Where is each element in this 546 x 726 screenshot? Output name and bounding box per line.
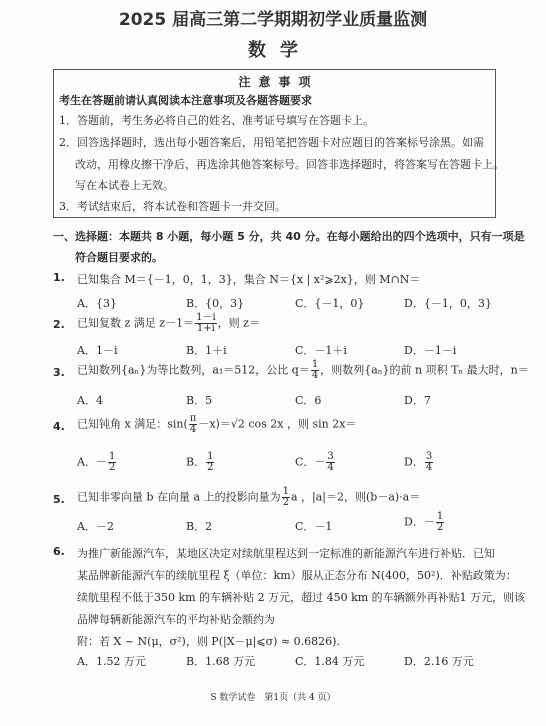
q3-stem: 已知数列{aₙ}为等比数列，a₁＝512，公比 q＝14，则数列{aₙ}的前 n… xyxy=(77,360,529,381)
q1-number: 1. xyxy=(53,271,65,284)
q6-line-4: 品牌每辆新能源汽车的平均补贴金额约为 xyxy=(77,611,275,627)
q4-stem-post: －x)＝√2 cos 2x ，则 sin 2x＝ xyxy=(198,418,356,431)
notice-item-2: 2．回答选择题时，选出每小题答案后，用铅笔把答题卡对应题目的答案标号涂黑。如需 xyxy=(59,134,484,150)
q6-option-d: D．2.16 万元 xyxy=(404,653,474,669)
q4-a-label: A．－ xyxy=(77,456,107,469)
notice-item-3: 3．考试结束后，将本试卷和答题卡一并交回。 xyxy=(59,198,286,214)
q3-stem-pre: 已知数列{aₙ}为等比数列，a₁＝512，公比 q＝ xyxy=(77,364,310,377)
q3-option-d: D．7 xyxy=(404,392,431,408)
q1-option-b: B．{0，3} xyxy=(186,295,244,311)
q4-b-label: B． xyxy=(186,456,205,469)
q4-frac-den: 4 xyxy=(189,425,198,435)
q5-fraction: 12 xyxy=(282,487,290,508)
q4-d-den: 4 xyxy=(425,463,433,473)
q4-option-d: D．34 xyxy=(404,452,434,473)
q5-stem-post: a ，|a|＝2，则(b－a)·a＝ xyxy=(291,491,420,504)
q4-d-label: D． xyxy=(404,456,424,469)
notice-item-2-cont: 改动，用橡皮擦干净后，再选涂其他答案标号。回答非选择题时，将答案写在答题卡上。 xyxy=(75,156,504,172)
section-heading: 一、选择题：本题共 8 小题，每小题 5 分，共 40 分。在每小题给出的四个选… xyxy=(53,228,525,244)
q3-option-a: A．4 xyxy=(77,392,103,408)
q5-option-b: B．2 xyxy=(186,518,212,534)
q2-fraction: 1－i1+i xyxy=(195,313,217,334)
page-footer: S 数学试卷 第1页（共 4 页） xyxy=(0,690,546,703)
q2-option-d: D．－1－i xyxy=(404,342,456,358)
notice-item-2-cont2: 写在本试卷上无效。 xyxy=(75,177,174,193)
q1-option-d: D．{－1，0，3} xyxy=(404,295,492,311)
q1-option-c: C．{－1，0} xyxy=(295,295,364,311)
q4-option-b: B．12 xyxy=(186,452,215,473)
q1-option-a: A．{3} xyxy=(77,295,117,311)
q6-appendix: 附：若 X ~ N(μ，σ²)，则 P(|X－μ|⩽σ) ≈ 0.6826). xyxy=(77,633,340,649)
q6-option-b: B．1.68 万元 xyxy=(186,653,255,669)
notice-item-1: 1．答题前，考生务必将自己的姓名、准考证号填写在答题卡上。 xyxy=(59,112,374,128)
q1-stem: 已知集合 M＝{－1，0，1，3}，集合 N＝{x | x²⩾2x}，则 M∩N… xyxy=(77,271,420,287)
q2-option-a: A．1－i xyxy=(77,342,117,358)
q4-stem: 已知钝角 x 满足：sin(π4－x)＝√2 cos 2x ，则 sin 2x＝ xyxy=(77,414,356,435)
q6-option-c: C．1.84 万元 xyxy=(295,653,364,669)
q5-d-frac: 12 xyxy=(436,512,444,533)
q5-number: 5. xyxy=(53,493,65,506)
notice-intro: 考生在答题前请认真阅读本注意事项及各题答题要求 xyxy=(59,92,312,108)
q5-stem-pre: 已知非零向量 b 在向量 a 上的投影向量为 xyxy=(77,491,281,504)
q5-option-a: A．－2 xyxy=(77,518,114,534)
q4-b-frac: 12 xyxy=(206,452,214,473)
q4-stem-pre: 已知钝角 x 满足：sin( xyxy=(77,418,188,431)
q4-fraction: π4 xyxy=(189,414,198,435)
q5-option-d: D．－12 xyxy=(404,512,445,533)
q2-number: 2. xyxy=(53,318,65,331)
q4-number: 4. xyxy=(53,420,65,433)
q3-stem-post: ，则数列{aₙ}的前 n 项积 Tₙ 最大时，n＝ xyxy=(320,364,529,377)
q5-d-label: D．－ xyxy=(404,516,435,529)
q2-stem-pre: 已知复数 z 满足 z－1＝ xyxy=(77,317,194,330)
subject-title: 数学 xyxy=(0,36,546,62)
q4-b-den: 2 xyxy=(206,463,214,473)
q4-d-frac: 34 xyxy=(425,452,433,473)
q2-option-b: B．1＋i xyxy=(186,342,227,358)
q5-d-den: 2 xyxy=(436,523,444,533)
q4-c-frac: 34 xyxy=(326,452,334,473)
q5-stem: 已知非零向量 b 在向量 a 上的投影向量为12a ，|a|＝2，则(b－a)·… xyxy=(77,487,420,508)
q3-option-c: C．6 xyxy=(295,392,321,408)
q6-line-1: 为推广新能源汽车，某地区决定对续航里程达到一定标准的新能源汽车进行补贴．已知 xyxy=(77,545,495,561)
q2-frac-den: 1+i xyxy=(195,324,217,334)
q4-option-a: A．－12 xyxy=(77,452,117,473)
q6-line-2: 某品牌新能源汽车的续航里程 ξ（单位：km）服从正态分布 N(400，50²)．… xyxy=(77,567,517,583)
q4-a-frac: 12 xyxy=(108,452,116,473)
q2-stem-post: ，则 z＝ xyxy=(218,317,260,330)
section-heading-cont: 符合题目要求的。 xyxy=(75,249,163,265)
q5-frac-den: 2 xyxy=(282,498,290,508)
q3-number: 3. xyxy=(53,366,65,379)
q6-number: 6. xyxy=(53,545,65,558)
q2-stem: 已知复数 z 满足 z－1＝1－i1+i，则 z＝ xyxy=(77,313,260,334)
q6-line-3: 续航里程不低于350 km 的车辆补贴 2 万元，超过 450 km 的车辆额外… xyxy=(77,589,525,605)
q6-option-a: A．1.52 万元 xyxy=(77,653,146,669)
q3-fraction: 14 xyxy=(311,360,319,381)
q3-option-b: B．5 xyxy=(186,392,212,408)
q4-a-den: 2 xyxy=(108,463,116,473)
q4-c-label: C．－ xyxy=(295,456,325,469)
q4-option-c: C．－34 xyxy=(295,452,336,473)
q5-option-c: C．－1 xyxy=(295,518,332,534)
notice-heading: 注意事项 xyxy=(53,73,496,90)
q3-frac-den: 4 xyxy=(311,371,319,381)
q2-option-c: C．－1＋i xyxy=(295,342,347,358)
q4-c-den: 4 xyxy=(326,463,334,473)
exam-title: 2025 届高三第二学期期初学业质量监测 xyxy=(0,5,546,30)
